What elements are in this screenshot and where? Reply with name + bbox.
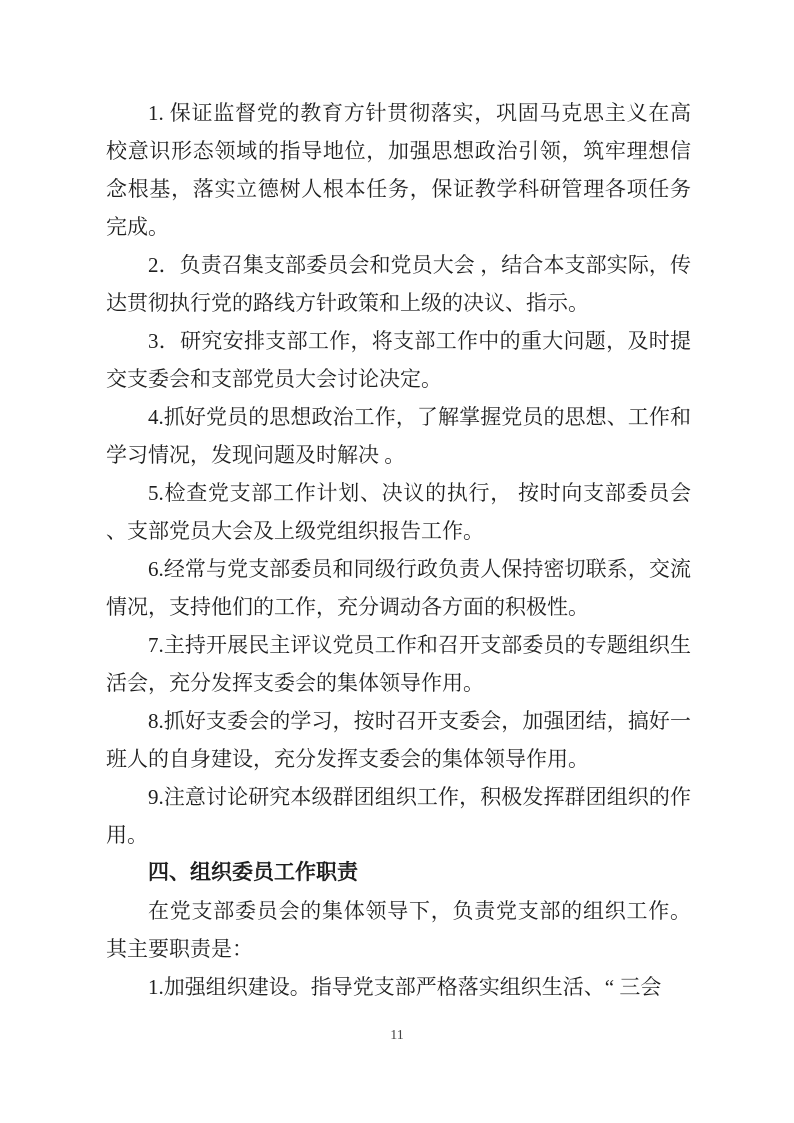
paragraph-duty-9: 9.注意讨论研究本级群团组织工作，积极发挥群团组织的作用。	[106, 778, 691, 854]
paragraph-duty-1: 1. 保证监督党的教育方针贯彻落实，巩固马克思主义在高校意识形态领域的指导地位，…	[106, 94, 691, 246]
document-page: 1. 保证监督党的教育方针贯彻落实，巩固马克思主义在高校意识形态领域的指导地位，…	[0, 0, 794, 1123]
paragraph-duty-2: 2．负责召集支部委员会和党员大会 ，结合本支部实际，传达贯彻执行党的路线方针政策…	[106, 246, 691, 322]
paragraph-duty-6: 6.经常与党支部委员和同级行政负责人保持密切联系，交流情况，支持他们的工作，充分…	[106, 550, 691, 626]
page-footer: 11	[0, 1026, 794, 1046]
paragraph-duty-8: 8.抓好支委会的学习，按时召开支委会，加强团结，搞好一班人的自身建设，充分发挥支…	[106, 702, 691, 778]
document-body: 1. 保证监督党的教育方针贯彻落实，巩固马克思主义在高校意识形态领域的指导地位，…	[106, 94, 691, 1006]
paragraph-duty-4: 4.抓好党员的思想政治工作，了解掌握党员的思想、工作和学习情况，发现问题及时解决…	[106, 398, 691, 474]
page-number: 11	[390, 1028, 403, 1043]
paragraph-section-intro: 在党支部委员会的集体领导下，负责党支部的组织工作。其主要职责是：	[106, 892, 691, 968]
section-heading-organization-committee-duties: 四、组织委员工作职责	[106, 854, 691, 892]
paragraph-duty-5: 5.检查党支部工作计划、决议的执行， 按时向支部委员会 、支部党员大会及上级党组…	[106, 474, 691, 550]
paragraph-org-duty-1-partial: 1.加强组织建设。指导党支部严格落实组织生活、“ 三会	[106, 968, 691, 1006]
paragraph-duty-3: 3．研究安排支部工作，将支部工作中的重大问题，及时提交支委会和支部党员大会讨论决…	[106, 322, 691, 398]
paragraph-duty-7: 7.主持开展民主评议党员工作和召开支部委员的专题组织生活会，充分发挥支委会的集体…	[106, 626, 691, 702]
